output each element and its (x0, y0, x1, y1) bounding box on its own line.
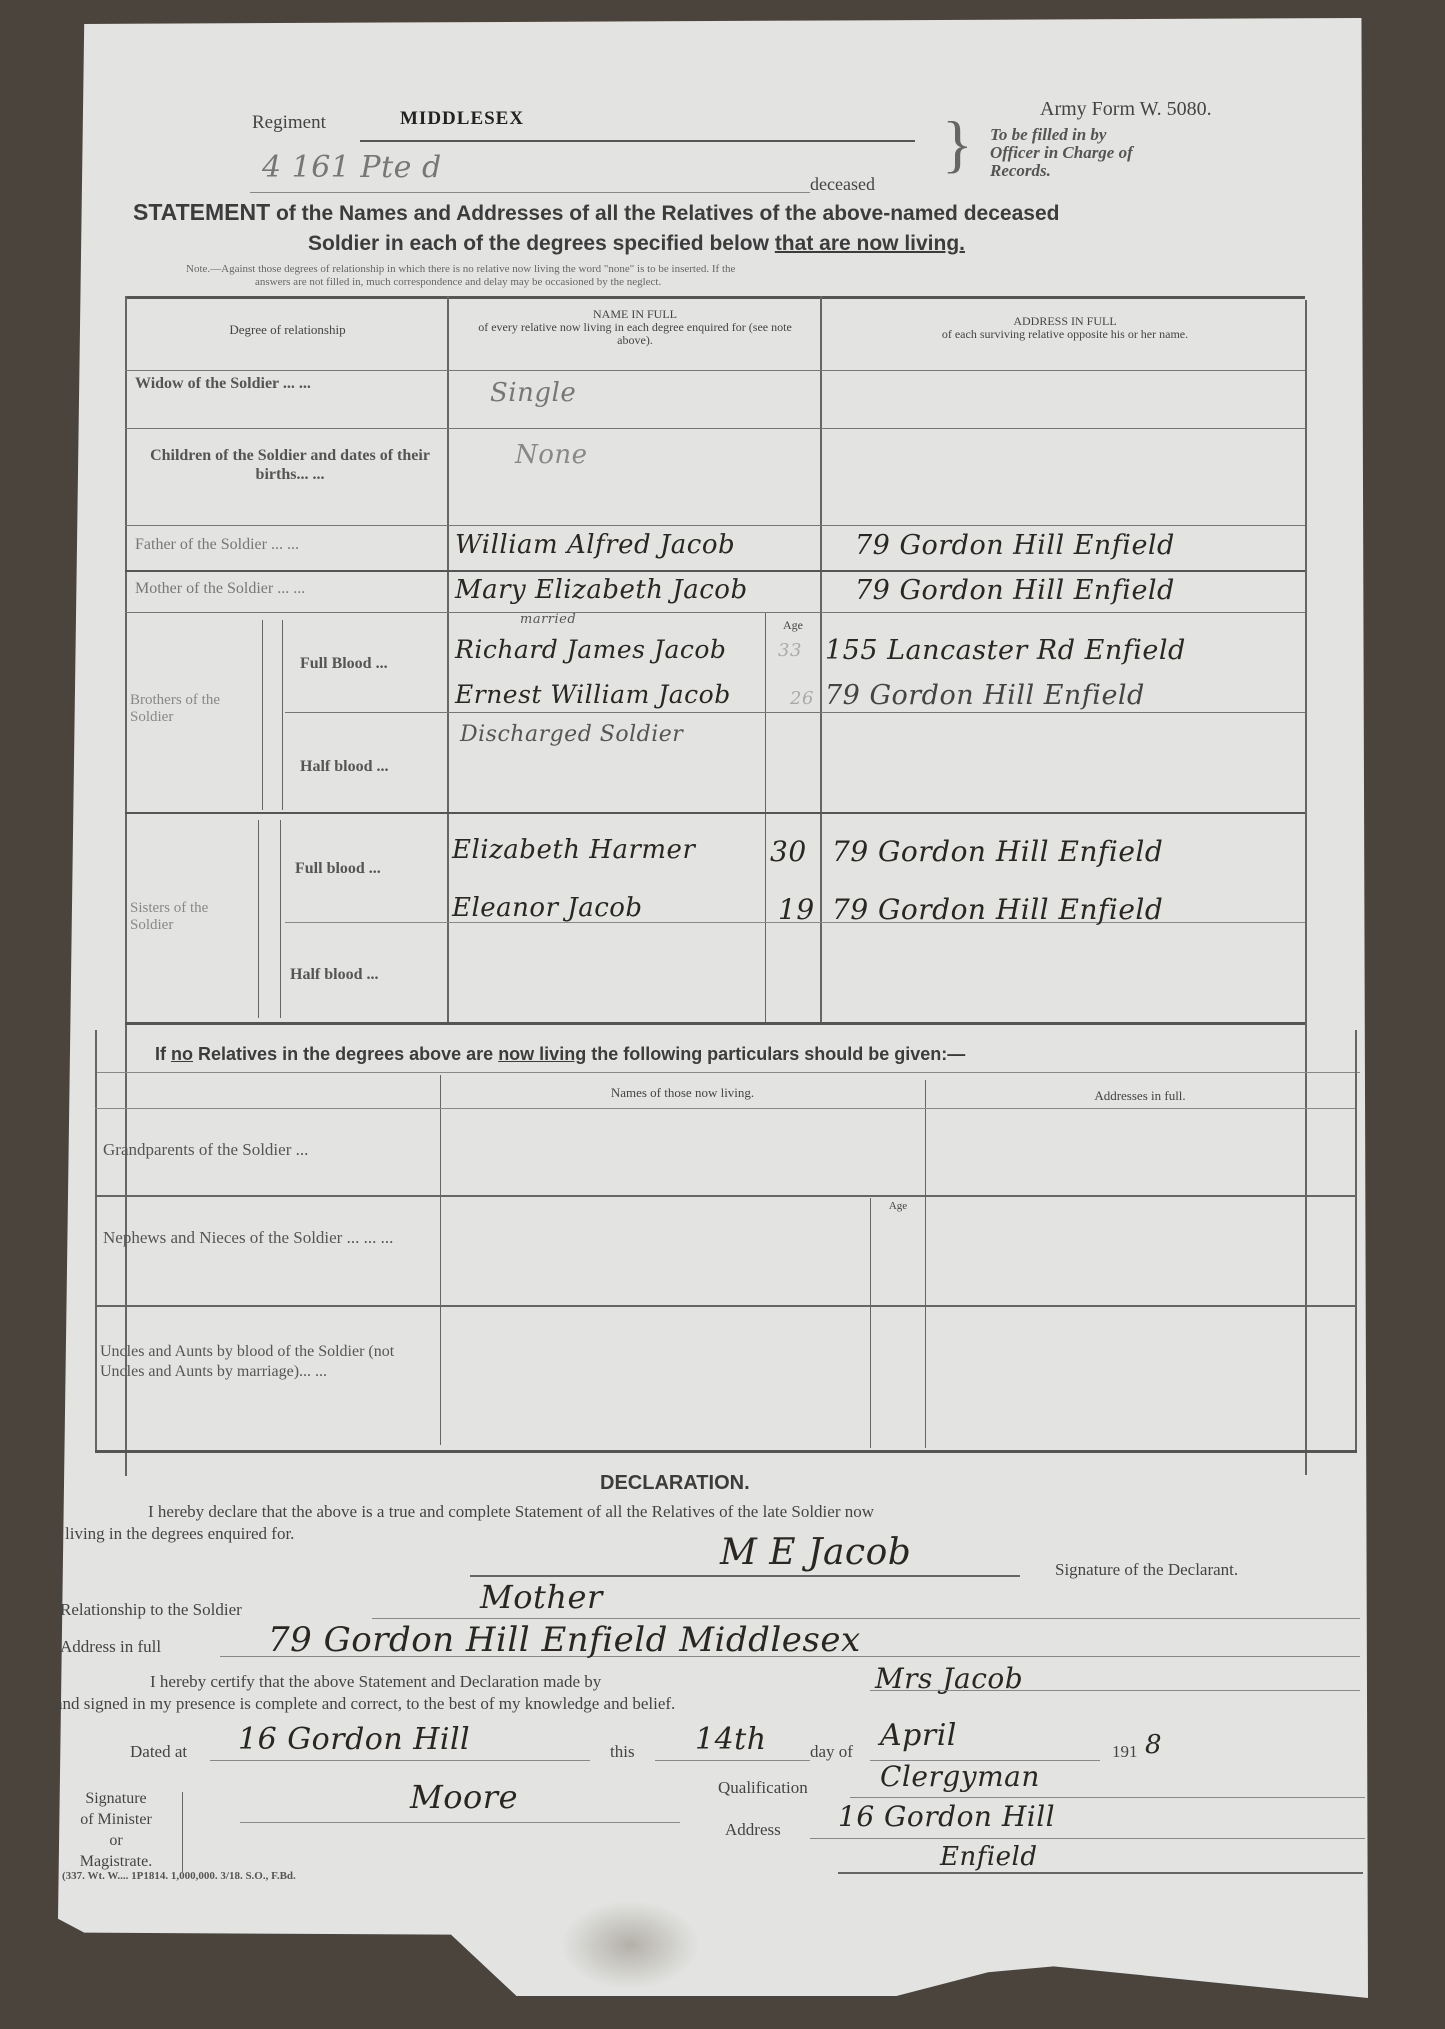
sisters-half-label: Half blood ... (290, 966, 378, 984)
dated-at-line (210, 1760, 590, 1761)
header-name: NAME IN FULL of every relative now livin… (465, 308, 805, 347)
relationship-value: Mother (480, 1578, 603, 1616)
row-label-mother: Mother of the Soldier ... ... (135, 580, 445, 598)
day-of-label: day of (810, 1742, 853, 1762)
table-left-border (125, 296, 127, 1476)
name-col-divider (447, 296, 449, 1024)
father-name: William Alfred Jacob (455, 530, 735, 560)
father-address: 79 Gordon Hill Enfield (855, 530, 1175, 561)
heading-suffix: the following particulars should be give… (591, 1044, 965, 1064)
sisters-subcol (280, 820, 281, 1018)
heading-no: no (171, 1044, 193, 1064)
brother-2-age: 26 (790, 688, 814, 709)
heading-mid: Relatives in the degrees above are (198, 1044, 493, 1064)
sisters-bracket (258, 820, 259, 1018)
widow-name: Single (490, 378, 576, 408)
regiment-label: Regiment (252, 112, 326, 134)
declarant-signature: M E Jacob (720, 1532, 911, 1573)
statement-rest: of the Names and Addresses of all the Re… (276, 202, 1059, 225)
dated-at-label: Dated at (130, 1742, 187, 1762)
note-line1: Note.—Against those degrees of relations… (186, 263, 735, 275)
row-line (125, 570, 1305, 572)
brothers-bracket (262, 620, 263, 810)
declarant-signature-label: Signature of the Declarant. (1055, 1560, 1238, 1580)
relationship-label: Relationship to the Soldier (60, 1600, 242, 1620)
minister-signature-line (240, 1822, 680, 1823)
minister-label-3: or (52, 1830, 180, 1851)
regiment-value: MIDDLESEX (400, 108, 524, 130)
header-address-sub: of each surviving relative opposite his … (870, 328, 1260, 341)
soldier-name-value: 4 161 Pte d (262, 150, 442, 185)
certify-line2: and signed in my presence is complete an… (55, 1694, 675, 1714)
certify-line1: I hereby certify that the above Statemen… (150, 1672, 601, 1692)
sisters-full-label: Full blood ... (295, 860, 381, 878)
row-line (95, 1305, 1355, 1307)
statement-line2-prefix: Soldier in each of the degrees specified… (308, 232, 769, 255)
regiment-line (360, 140, 915, 142)
sister-1-address: 79 Gordon Hill Enfield (832, 835, 1163, 868)
declaration-text-line2: living in the degrees enquired for. (65, 1524, 294, 1544)
qualification-line (850, 1797, 1365, 1798)
minister-brace (182, 1792, 183, 1872)
minister-address-line-2 (838, 1872, 1363, 1874)
no-rel-col2 (925, 1080, 926, 1448)
form-number: Army Form W. 5080. (1040, 98, 1212, 121)
minister-address-label: Address (725, 1820, 781, 1840)
minister-label-1: Signature (52, 1788, 180, 1809)
day-value: 14th (695, 1722, 767, 1757)
month-value: April (880, 1718, 957, 1753)
address-value: 79 Gordon Hill Enfield Middlesex (268, 1620, 861, 1660)
no-rel-col-names: Names of those now living. (440, 1085, 925, 1101)
age-header: Age (768, 618, 818, 633)
certify-by-line (870, 1690, 1360, 1691)
year-value: 8 (1145, 1730, 1162, 1760)
sister-1-name: Elizabeth Harmer (452, 835, 695, 865)
no-rel-age-col (870, 1198, 871, 1448)
brace-icon: } (942, 112, 973, 176)
brothers-full-label: Full Blood ... (300, 655, 388, 673)
minister-label-2: of Minister (52, 1809, 180, 1830)
brother-1-note: married (520, 612, 576, 627)
row-label-children: Children of the Soldier and dates of the… (135, 446, 445, 484)
row-line (125, 428, 1305, 429)
row-line (285, 712, 1305, 713)
row-line (125, 370, 1305, 371)
row-label-uncles-aunts: Uncles and Aunts by blood of the Soldier… (100, 1342, 425, 1382)
officer-note-line1: To be filled in by (990, 126, 1133, 144)
qualification-label: Qualification (718, 1778, 808, 1798)
officer-note-line2: Officer in Charge of (990, 144, 1133, 162)
header-name-sub: of every relative now living in each deg… (465, 321, 805, 347)
this-label: this (610, 1742, 635, 1762)
table-top-border (125, 296, 1305, 299)
minister-signature: Moore (410, 1778, 518, 1816)
brothers-subcol (282, 620, 283, 810)
year-prefix: 191 (1112, 1742, 1138, 1762)
no-rel-right-border (1355, 1030, 1357, 1450)
brother-2-address: 79 Gordon Hill Enfield (825, 680, 1145, 711)
brothers-group-label: Brothers of the Soldier (130, 692, 255, 726)
table-bottom-border (95, 1450, 1357, 1453)
brother-2-discharged: Discharged Soldier (460, 722, 683, 747)
row-line (95, 1195, 1355, 1197)
brother-1-age: 33 (778, 640, 802, 661)
paper-stain (560, 1900, 700, 1990)
statement-title-line2: Soldier in each of the degrees specified… (308, 232, 965, 256)
sister-2-name: Eleanor Jacob (452, 893, 643, 923)
no-rel-col-addresses: Addresses in full. (925, 1088, 1355, 1104)
deceased-line (250, 192, 810, 193)
table-right-border (1305, 300, 1307, 1475)
header-degree: Degree of relationship (130, 322, 445, 338)
note-line2: answers are not filled in, much correspo… (255, 276, 661, 288)
row-label-father: Father of the Soldier ... ... (135, 536, 445, 554)
officer-note-line3: Records. (990, 162, 1133, 180)
mother-address: 79 Gordon Hill Enfield (855, 575, 1175, 606)
age-col-divider (765, 612, 766, 1024)
row-line (95, 1108, 1355, 1109)
address-label: Address in full (60, 1637, 161, 1657)
brother-2-name: Ernest William Jacob (455, 680, 731, 709)
minister-signature-label: Signature of Minister or Magistrate. (52, 1788, 180, 1872)
sisters-group-label: Sisters of the Soldier (130, 900, 255, 934)
children-name: None (515, 440, 588, 470)
minister-label-4: Magistrate. (52, 1851, 180, 1872)
address-col-divider (820, 296, 822, 1024)
signature-line (470, 1575, 1020, 1577)
no-rel-col-age: Age (872, 1200, 924, 1212)
relationship-line (372, 1618, 1360, 1619)
print-code: (337. Wt. W.... 1P1814. 1,000,000. 3/18.… (62, 1870, 296, 1882)
minister-address-line (810, 1838, 1365, 1839)
minister-address-line2: Enfield (940, 1842, 1038, 1872)
heading-prefix: If (155, 1044, 166, 1064)
brother-1-address: 155 Lancaster Rd Enfield (825, 635, 1186, 666)
sister-2-age: 19 (778, 893, 815, 926)
row-line (125, 525, 1305, 526)
statement-line2-underlined: that are now living. (775, 232, 965, 255)
declaration-title: DECLARATION. (600, 1472, 750, 1495)
row-line (125, 812, 1305, 814)
mother-name: Mary Elizabeth Jacob (455, 575, 748, 605)
row-line (125, 1022, 1305, 1025)
statement-word: STATEMENT (133, 199, 270, 225)
row-line (95, 1072, 1360, 1073)
brother-1-name: Richard James Jacob (455, 635, 726, 664)
no-rel-col1 (440, 1075, 441, 1445)
row-label-widow: Widow of the Soldier ... ... (135, 375, 445, 393)
row-label-nephews: Nephews and Nieces of the Soldier ... ..… (103, 1228, 423, 1248)
no-rel-left-border (95, 1030, 97, 1450)
row-label-grandparents: Grandparents of the Soldier ... (103, 1140, 308, 1160)
declaration-text-line1: I hereby declare that the above is a tru… (148, 1502, 874, 1522)
header-address: ADDRESS IN FULL of each surviving relati… (870, 315, 1260, 341)
dated-at-value: 16 Gordon Hill (238, 1722, 470, 1757)
heading-now-living: now living (498, 1044, 586, 1064)
no-relatives-heading: If no Relatives in the degrees above are… (155, 1044, 965, 1065)
officer-note: To be filled in by Officer in Charge of … (990, 126, 1133, 180)
sister-1-age: 30 (770, 835, 807, 868)
minister-address-line1: 16 Gordon Hill (838, 1800, 1055, 1833)
brothers-half-label: Half blood ... (300, 758, 388, 776)
sister-2-address: 79 Gordon Hill Enfield (832, 893, 1163, 926)
statement-title-line1: STATEMENT of the Names and Addresses of … (133, 199, 1059, 226)
qualification-value: Clergyman (880, 1760, 1040, 1793)
deceased-label: deceased (810, 174, 875, 195)
row-line (125, 612, 1305, 613)
day-line (655, 1760, 810, 1761)
